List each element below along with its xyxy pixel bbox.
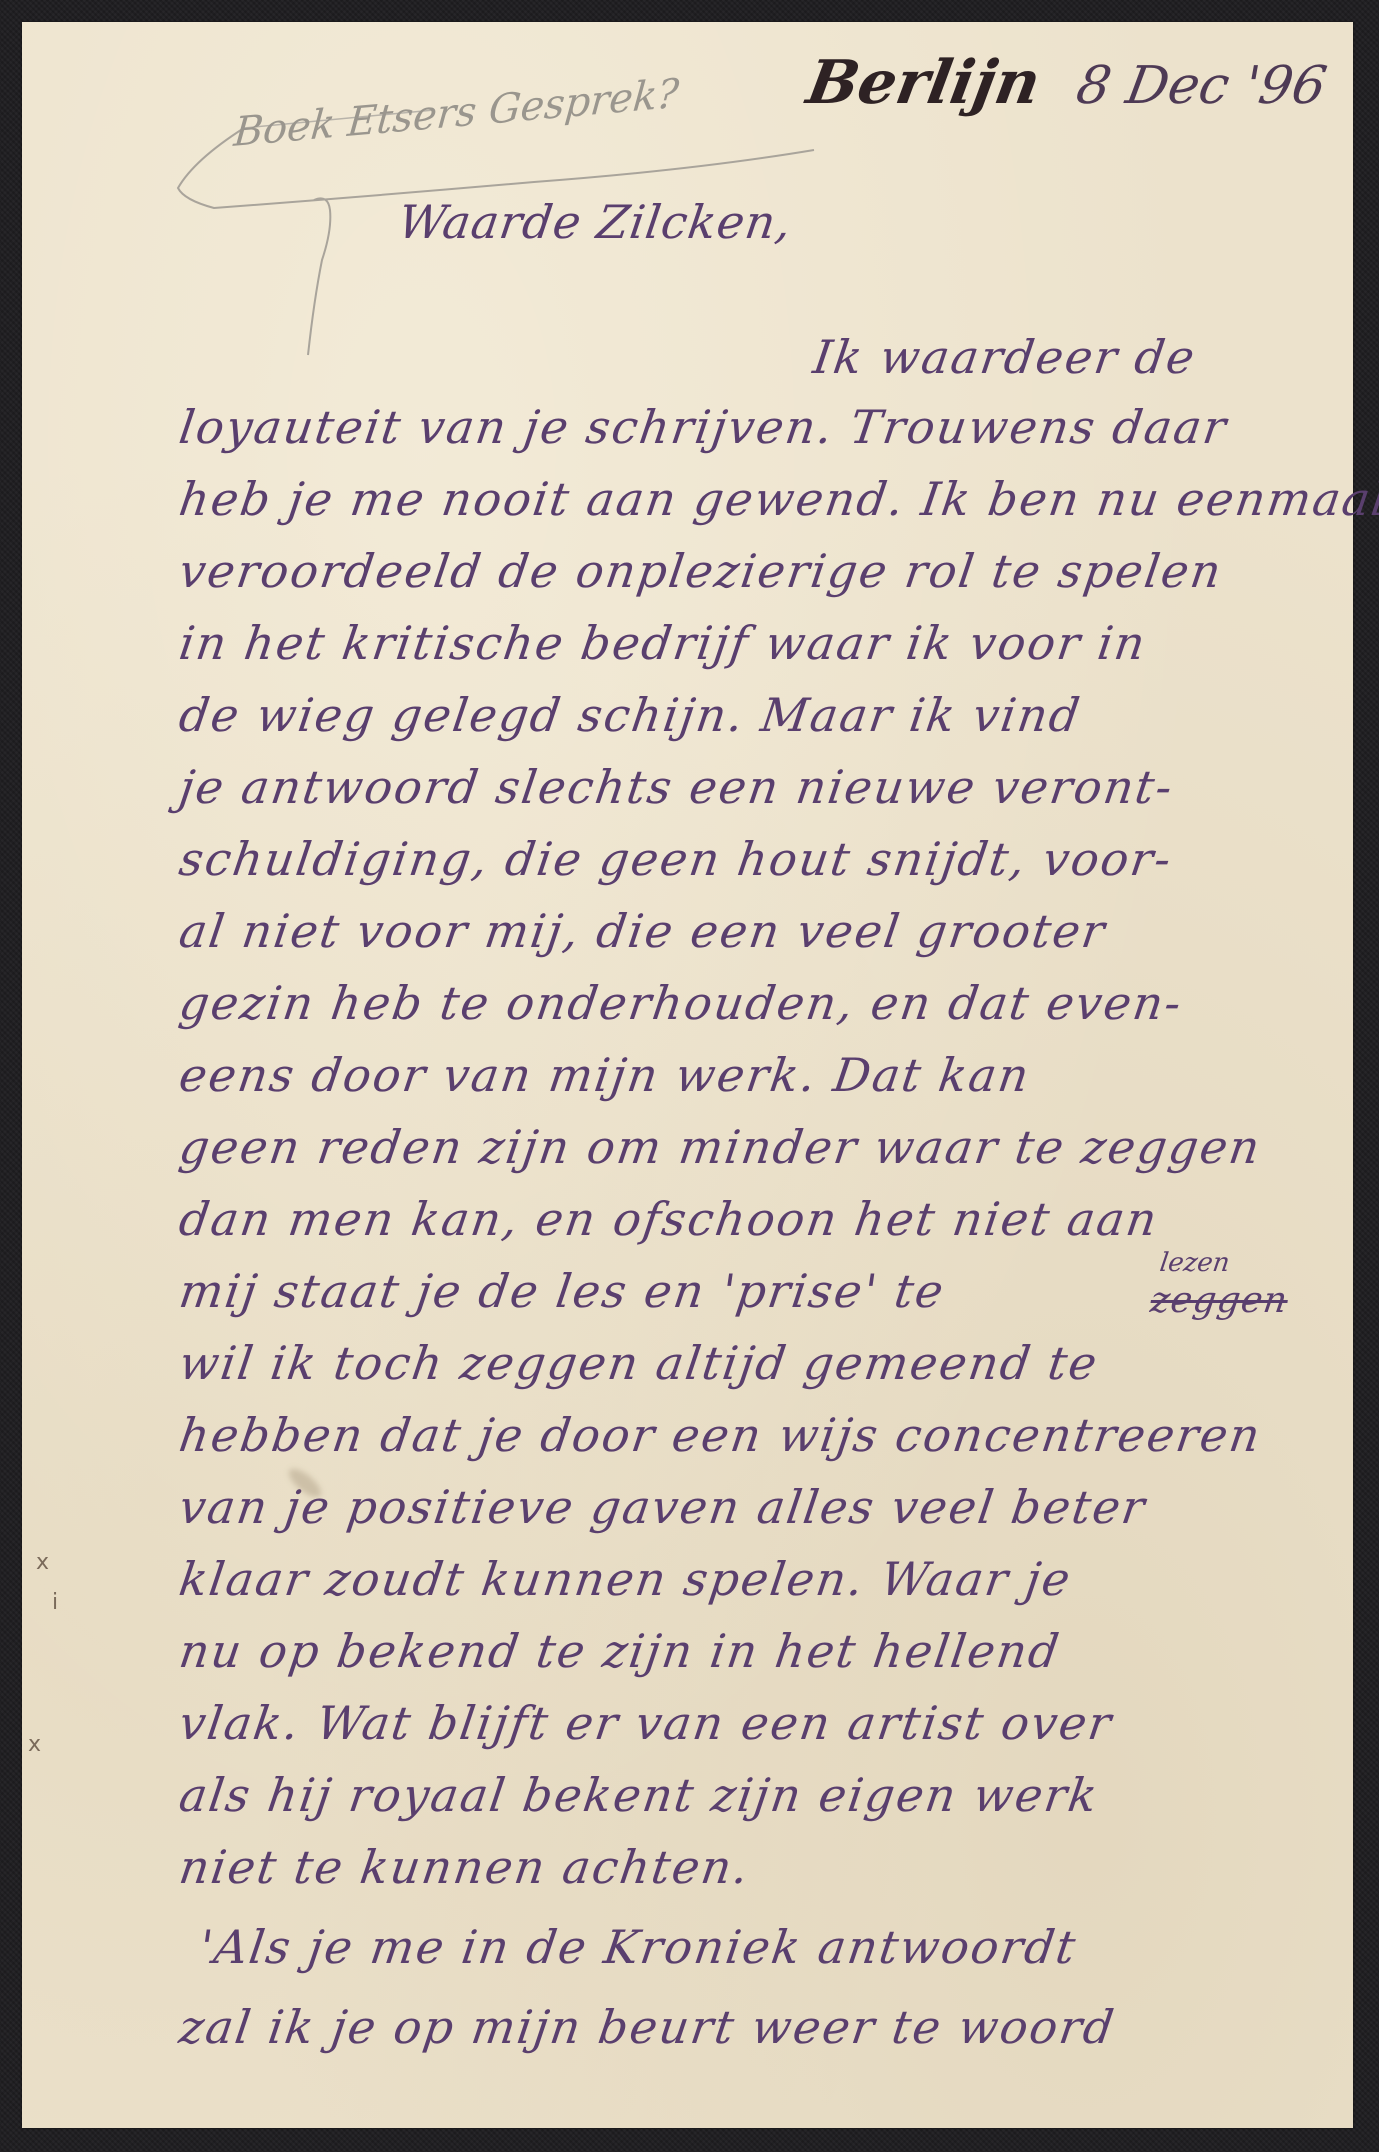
letter-line: al niet voor mij, die een veel grooter	[176, 904, 1110, 958]
struck-word: zeggen	[1148, 1280, 1291, 1321]
letter-line: schuldiging, die geen hout snijdt, voor-	[176, 832, 1176, 886]
letter-line: 'Als je me in de Kroniek antwoordt	[196, 1920, 1081, 1974]
letter-line: dan men kan, en ofschoon het niet aan	[176, 1192, 1162, 1246]
letter-line: geen reden zijn om minder waar te zeggen	[176, 1120, 1265, 1174]
letter-line: de wieg gelegd schijn. Maar ik vind	[176, 688, 1085, 742]
letter-line: van je positieve gaven alles veel beter	[176, 1480, 1150, 1534]
letter-line: hebben dat je door een wijs concentreere…	[176, 1408, 1265, 1462]
heading-date: 8 Dec '96	[1072, 56, 1331, 116]
letter-line: veroordeeld de onplezierige rol te spele…	[176, 544, 1226, 598]
inserted-word: lezen	[1158, 1248, 1232, 1278]
letter-line: vlak. Wat blijft er van een artist over	[176, 1696, 1116, 1750]
letter-line: als hij royaal bekent zijn eigen werk	[176, 1768, 1102, 1822]
letter-line: wil ik toch zeggen altijd gemeend te	[176, 1336, 1102, 1390]
pencil-curl-mark-icon	[300, 190, 340, 360]
letter-line: nu op bekend te zijn in het hellend	[176, 1624, 1064, 1678]
letter-line: heb je me nooit aan gewend. Ik ben nu ee…	[176, 472, 1379, 526]
letter-line: Ik waardeer de	[810, 330, 1200, 384]
heading-place: Berlijn	[802, 48, 1046, 118]
salutation: Waarde Zilcken,	[395, 195, 795, 249]
letter-line: loyauteit van je schrijven. Trouwens daa…	[176, 400, 1231, 454]
letter-line: klaar zoudt kunnen spelen. Waar je	[176, 1552, 1075, 1606]
letter-line: zal ik je op mijn beurt weer te woord	[176, 2000, 1119, 2054]
letter-line: eens door van mijn werk. Dat kan	[176, 1048, 1034, 1102]
letter-line: in het kritische bedrijf waar ik voor in	[176, 616, 1150, 670]
letter-heading: Berlijn 8 Dec '96	[802, 48, 1332, 118]
letter-line: niet te kunnen achten.	[176, 1840, 754, 1894]
letter-line: gezin heb te onderhouden, en dat even-	[176, 976, 1186, 1030]
letter-line: je antwoord slechts een nieuwe veront-	[176, 760, 1177, 814]
margin-cross-mark: x	[28, 1732, 41, 1757]
margin-tick-mark: i	[52, 1590, 58, 1615]
margin-cross-mark: x	[36, 1550, 49, 1575]
letter-line: mij staat je de les en 'prise' te	[176, 1264, 948, 1318]
